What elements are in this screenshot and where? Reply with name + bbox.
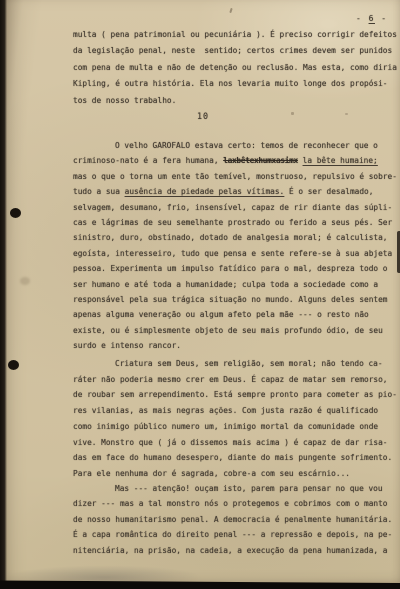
text-line: responsável pela sua trágica situação no… bbox=[73, 292, 400, 307]
paragraph: O velho GAROFALO estava certo: temos de … bbox=[73, 138, 400, 354]
hole-punch-top bbox=[10, 208, 21, 218]
text-segment: tudo a sua bbox=[73, 187, 125, 196]
scan-edge-left bbox=[0, 0, 7, 589]
text-line: de nosso humanitarismo penal. A democrac… bbox=[73, 512, 400, 527]
page-number-prefix: - bbox=[356, 14, 369, 23]
text-segment: Kipling, é outra história. Ela nos levar… bbox=[73, 79, 388, 88]
text-segment: É a capa romântica do direito penal --- … bbox=[73, 530, 392, 539]
paper-smudge bbox=[20, 277, 30, 285]
text-segment: como inimigo público numero um, inimigo … bbox=[73, 422, 378, 431]
underlined-text: ausência de piedade pelas vítimas. bbox=[125, 187, 285, 196]
text-segment: de roubar sem arrependimento. Está sempr… bbox=[73, 390, 397, 399]
text-line: É a capa romântica do direito penal --- … bbox=[73, 527, 400, 542]
text-line: tudo a sua ausência de piedade pelas vít… bbox=[73, 184, 400, 199]
text-segment: de nosso humanitarismo penal. A democrac… bbox=[73, 515, 392, 524]
text-segment: Para ele nenhuma dor é sagrada, cobre-a … bbox=[73, 469, 350, 478]
text-segment: É o ser desalmado, bbox=[284, 187, 373, 196]
text-line: ser humano e até toda a humanidade; culp… bbox=[73, 277, 400, 292]
text-segment: pessoa. Experimenta um impulso fatídico … bbox=[73, 264, 388, 273]
page-number: - 6 - bbox=[356, 14, 388, 23]
text-line: selvagem, desumano, frio, insensível, ca… bbox=[73, 200, 400, 215]
text-segment: Criatura sem Deus, sem religião, sem mor… bbox=[115, 359, 383, 368]
text-line: com pena de multa e não de detenção ou r… bbox=[73, 60, 400, 76]
section-number: 10 bbox=[197, 110, 400, 122]
text-line: Para ele nenhuma dor é sagrada, cobre-a … bbox=[73, 466, 400, 482]
text-line: pessoa. Experimenta um impulso fatídico … bbox=[73, 261, 400, 276]
text-segment: Mas --- atenção! ouçam isto, parem para … bbox=[115, 484, 383, 493]
text-segment: ráter não poderia mesmo crer em Deus. É … bbox=[73, 375, 388, 384]
text-line: multa ( pena patrimonial ou pecuniária )… bbox=[73, 27, 400, 43]
text-segment: vive. Monstro que ( já o dissemos mais a… bbox=[73, 438, 388, 447]
text-line: dizer --- mas a tal monstro nós o proteg… bbox=[73, 496, 400, 511]
text-line: existe, ou é simplesmente objeto de seu … bbox=[73, 323, 400, 338]
text-line: como inimigo público numero um, inimigo … bbox=[73, 419, 400, 435]
text-segment: surdo e intenso rancor. bbox=[73, 341, 181, 350]
text-line: cas e lágrimas de seu semelhante prostra… bbox=[73, 215, 400, 230]
text-segment: da legislação penal, neste sentido; cert… bbox=[73, 46, 392, 55]
text-segment: selvagem, desumano, frio, insensível, ca… bbox=[73, 203, 392, 212]
text-line: sinistro, duro, obstinado, dotado de ana… bbox=[73, 230, 400, 245]
text-segment: dizer --- mas a tal monstro nós o proteg… bbox=[73, 499, 388, 508]
text-segment: apenas alguma veneração ou algum afeto p… bbox=[73, 310, 369, 319]
text-line: O velho GAROFALO estava certo: temos de … bbox=[73, 138, 400, 153]
text-segment: multa ( pena patrimonial ou pecuniária )… bbox=[73, 30, 397, 39]
underlined-text: la bête humaine; bbox=[303, 156, 378, 165]
text-line: res vilanias, as mais negras ações. Com … bbox=[73, 403, 400, 419]
scan-edge-bottom bbox=[0, 580, 400, 589]
text-line: Criatura sem Deus, sem religião, sem mor… bbox=[73, 356, 400, 372]
paper-speck bbox=[345, 113, 348, 115]
text-line: Kipling, é outra história. Ela nos levar… bbox=[73, 76, 400, 92]
text-line: de roubar sem arrependimento. Está sempr… bbox=[73, 387, 400, 403]
text-line: tos de nosso trabalho. bbox=[73, 93, 400, 109]
text-line: nitenciária, na prisão, na cadeia, a exe… bbox=[73, 543, 400, 558]
scanned-document-page: - 6 - multa ( pena patrimonial ou pecuni… bbox=[0, 0, 400, 589]
text-line: surdo e intenso rancor. bbox=[73, 338, 400, 353]
page-number-suffix: - bbox=[375, 14, 388, 23]
struck-text: laxbêtexhumxasimx bbox=[223, 156, 298, 165]
paper-speck bbox=[291, 112, 294, 115]
text-segment: cas e lágrimas de seu semelhante prostra… bbox=[73, 218, 392, 227]
text-segment: nitenciária, na prisão, na cadeia, a exe… bbox=[73, 546, 388, 555]
text-line: egoísta, interesseiro, tudo que pensa e … bbox=[73, 246, 400, 261]
text-line: vive. Monstro que ( já o dissemos mais a… bbox=[73, 435, 400, 451]
paper-speck bbox=[229, 8, 232, 13]
text-segment: egoísta, interesseiro, tudo que pensa e … bbox=[73, 249, 392, 258]
text-line: criminoso-nato é a fera humana, laxbêtex… bbox=[73, 153, 400, 168]
text-segment: existe, ou é simplesmente objeto de seu … bbox=[73, 326, 383, 335]
paragraph: Mas --- atenção! ouçam isto, parem para … bbox=[73, 481, 400, 558]
paragraph: Criatura sem Deus, sem religião, sem mor… bbox=[73, 356, 400, 482]
text-segment: res vilanias, as mais negras ações. Com … bbox=[73, 406, 378, 415]
text-segment: sinistro, duro, obstinado, dotado de ana… bbox=[73, 233, 388, 242]
text-line: ráter não poderia mesmo crer em Deus. É … bbox=[73, 372, 400, 388]
paper-sheet: - 6 - multa ( pena patrimonial ou pecuni… bbox=[0, 0, 400, 589]
text-segment: tos de nosso trabalho. bbox=[73, 96, 176, 105]
text-segment: ser humano e até toda a humanidade; culp… bbox=[73, 280, 378, 289]
text-segment: das em face do humano desespero, diante … bbox=[73, 453, 392, 462]
text-line: das em face do humano desespero, diante … bbox=[73, 450, 400, 466]
text-segment: com pena de multa e não de detenção ou r… bbox=[73, 63, 397, 72]
paragraph: multa ( pena patrimonial ou pecuniária )… bbox=[73, 27, 400, 109]
text-segment: O velho GAROFALO estava certo: temos de … bbox=[115, 141, 378, 150]
text-line: da legislação penal, neste sentido; cert… bbox=[73, 43, 400, 59]
text-line: apenas alguma veneração ou algum afeto p… bbox=[73, 307, 400, 322]
hole-punch-bottom bbox=[8, 360, 19, 370]
text-line: mas o que o torna um ente tão temível, m… bbox=[73, 169, 400, 184]
text-segment: criminoso-nato é a fera humana, bbox=[73, 156, 223, 165]
text-segment: mas o que o torna um ente tão temível, m… bbox=[73, 172, 397, 181]
text-line: Mas --- atenção! ouçam isto, parem para … bbox=[73, 481, 400, 496]
text-segment: responsável pela sua trágica situação no… bbox=[73, 295, 388, 304]
